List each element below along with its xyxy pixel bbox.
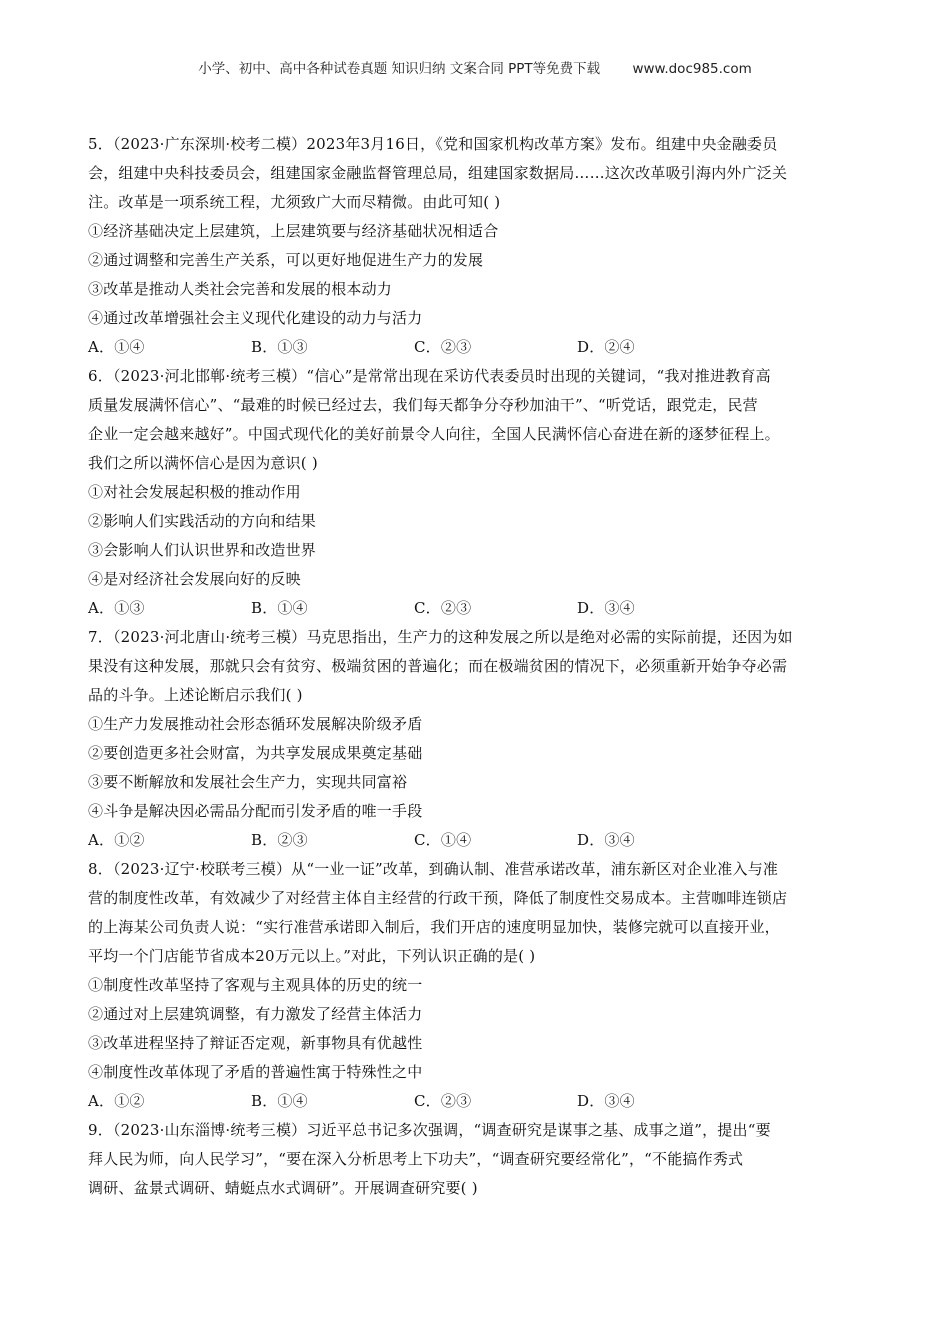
option-b: B．①④ bbox=[251, 594, 414, 623]
statement: ②通过对上层建筑调整，有力激发了经营主体活力 bbox=[88, 1000, 868, 1029]
statement: ④斗争是解决因必需品分配而引发矛盾的唯一手段 bbox=[88, 797, 868, 826]
question-stem-line: 5．（2023·广东深圳·校考二模）2023年3月16日，《党和国家机构改革方案… bbox=[88, 130, 868, 159]
question-stem-line: 质量发展满怀信心”、“最难的时候已经过去，我们每天都争分夺秒加油干”、“听党话，… bbox=[88, 391, 868, 420]
statement: ②影响人们实践活动的方向和结果 bbox=[88, 507, 868, 536]
option-d: D．③④ bbox=[577, 1087, 740, 1116]
question-stem-line: 9．（2023·山东淄博·统考三模）习近平总书记多次强调，“调查研究是谋事之基、… bbox=[88, 1116, 868, 1145]
option-b: B．②③ bbox=[251, 826, 414, 855]
question-6: 6．（2023·河北邯郸·统考三模）“信心”是常常出现在采访代表委员时出现的关键… bbox=[88, 362, 868, 623]
question-stem-line: 企业一定会越来越好”。中国式现代化的美好前景令人向往，全国人民满怀信心奋进在新的… bbox=[88, 420, 868, 449]
statement: ①对社会发展起积极的推动作用 bbox=[88, 478, 868, 507]
statement: ③要不断解放和发展社会生产力，实现共同富裕 bbox=[88, 768, 868, 797]
statement: ①制度性改革坚持了客观与主观具体的历史的统一 bbox=[88, 971, 868, 1000]
option-d: D．②④ bbox=[577, 333, 740, 362]
question-stem-line: 调研、盆景式调研、蜻蜓点水式调研”。开展调查研究要( ) bbox=[88, 1174, 868, 1203]
option-c: C．②③ bbox=[414, 594, 577, 623]
answer-options: A．①② B．①④ C．②③ D．③④ bbox=[88, 1087, 868, 1116]
option-c: C．①④ bbox=[414, 826, 577, 855]
question-stem-line: 的上海某公司负责人说：“实行准营承诺即入制后，我们开店的速度明显加快，装修完就可… bbox=[88, 913, 868, 942]
header-banner-text: 小学、初中、高中各种试卷真题 知识归纳 文案合同 PPT等免费下载 bbox=[198, 61, 600, 77]
question-stem-line: 我们之所以满怀信心是因为意识( ) bbox=[88, 449, 868, 478]
option-a: A．①④ bbox=[88, 333, 251, 362]
question-5: 5．（2023·广东深圳·校考二模）2023年3月16日，《党和国家机构改革方案… bbox=[88, 130, 868, 362]
statement: ②要创造更多社会财富，为共享发展成果奠定基础 bbox=[88, 739, 868, 768]
question-stem-line: 8．（2023·辽宁·校联考三模）从“一业一证”改革，到确认制、准营承诺改革，浦… bbox=[88, 855, 868, 884]
option-a: A．①② bbox=[88, 1087, 251, 1116]
answer-options: A．①③ B．①④ C．②③ D．③④ bbox=[88, 594, 868, 623]
statement: ④制度性改革体现了矛盾的普遍性寓于特殊性之中 bbox=[88, 1058, 868, 1087]
header-site-link[interactable]: www.doc985.com bbox=[632, 61, 751, 77]
option-c: C．②③ bbox=[414, 333, 577, 362]
question-8: 8．（2023·辽宁·校联考三模）从“一业一证”改革，到确认制、准营承诺改革，浦… bbox=[88, 855, 868, 1116]
statement: ④通过改革增强社会主义现代化建设的动力与活力 bbox=[88, 304, 868, 333]
question-stem-line: 品的斗争。上述论断启示我们( ) bbox=[88, 681, 868, 710]
question-stem-line: 会，组建中央科技委员会，组建国家金融监督管理总局，组建国家数据局……这次改革吸引… bbox=[88, 159, 868, 188]
answer-options: A．①② B．②③ C．①④ D．③④ bbox=[88, 826, 868, 855]
statement: ③会影响人们认识世界和改造世界 bbox=[88, 536, 868, 565]
option-c: C．②③ bbox=[414, 1087, 577, 1116]
question-stem-line: 6．（2023·河北邯郸·统考三模）“信心”是常常出现在采访代表委员时出现的关键… bbox=[88, 362, 868, 391]
option-b: B．①④ bbox=[251, 1087, 414, 1116]
answer-options: A．①④ B．①③ C．②③ D．②④ bbox=[88, 333, 868, 362]
question-stem-line: 营的制度性改革，有效减少了对经营主体自主经营的行政干预，降低了制度性交易成本。主… bbox=[88, 884, 868, 913]
option-b: B．①③ bbox=[251, 333, 414, 362]
question-stem-line: 果没有这种发展，那就只会有贫穷、极端贫困的普遍化；而在极端贫困的情况下，必须重新… bbox=[88, 652, 868, 681]
statement: ③改革是推动人类社会完善和发展的根本动力 bbox=[88, 275, 868, 304]
question-7: 7．（2023·河北唐山·统考三模）马克思指出，生产力的这种发展之所以是绝对必需… bbox=[88, 623, 868, 855]
statement: ③改革进程坚持了辩证否定观，新事物具有优越性 bbox=[88, 1029, 868, 1058]
option-d: D．③④ bbox=[577, 594, 740, 623]
question-stem-line: 拜人民为师，向人民学习”，“要在深入分析思考上下功夫”，“调查研究要经常化”，“… bbox=[88, 1145, 868, 1174]
question-stem-line: 平均一个门店能节省成本20万元以上。”对此，下列认识正确的是( ) bbox=[88, 942, 868, 971]
statement: ④是对经济社会发展向好的反映 bbox=[88, 565, 868, 594]
question-list: 5．（2023·广东深圳·校考二模）2023年3月16日，《党和国家机构改革方案… bbox=[88, 130, 868, 1203]
question-stem-line: 注。改革是一项系统工程，尤须致广大而尽精微。由此可知( ) bbox=[88, 188, 868, 217]
question-stem-line: 7．（2023·河北唐山·统考三模）马克思指出，生产力的这种发展之所以是绝对必需… bbox=[88, 623, 868, 652]
page-header: 小学、初中、高中各种试卷真题 知识归纳 文案合同 PPT等免费下载 www.do… bbox=[0, 57, 950, 77]
statement: ①生产力发展推动社会形态循环发展解决阶级矛盾 bbox=[88, 710, 868, 739]
option-a: A．①③ bbox=[88, 594, 251, 623]
statement: ①经济基础决定上层建筑，上层建筑要与经济基础状况相适合 bbox=[88, 217, 868, 246]
question-9: 9．（2023·山东淄博·统考三模）习近平总书记多次强调，“调查研究是谋事之基、… bbox=[88, 1116, 868, 1203]
statement: ②通过调整和完善生产关系，可以更好地促进生产力的发展 bbox=[88, 246, 868, 275]
option-d: D．③④ bbox=[577, 826, 740, 855]
option-a: A．①② bbox=[88, 826, 251, 855]
